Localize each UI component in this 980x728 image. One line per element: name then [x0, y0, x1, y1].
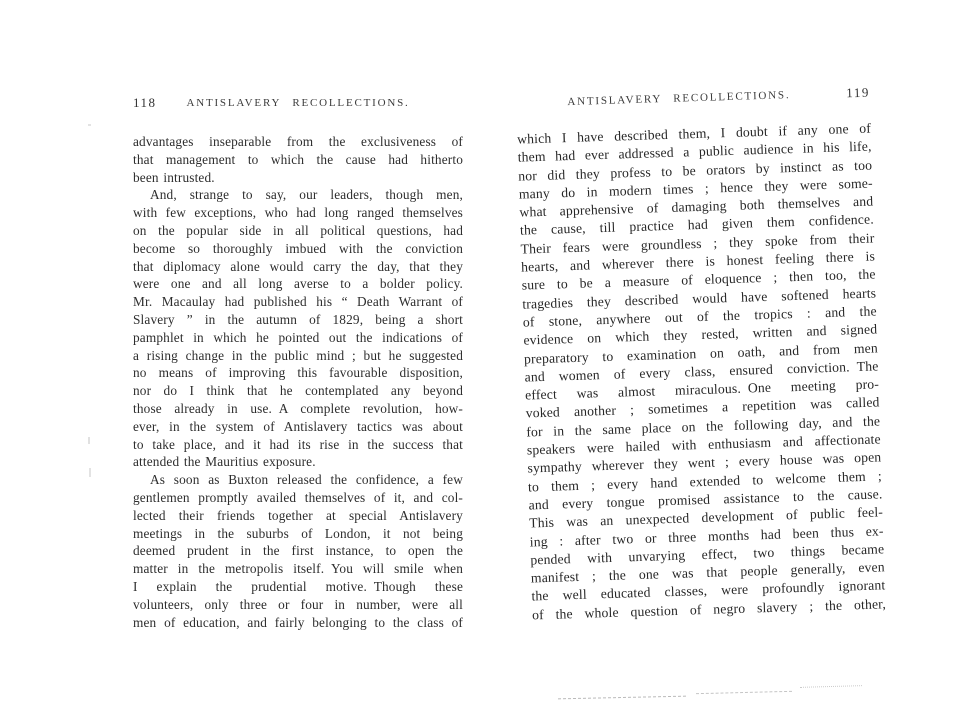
- scan-artifact-dashes: [696, 691, 792, 694]
- scan-artifact-speck: [88, 437, 90, 444]
- text-line: lected their friends together at special…: [133, 507, 463, 525]
- text-line: nor do I think that he contemplated any …: [133, 382, 463, 400]
- page-119: ANTISLAVERY RECOLLECTIONS. 119 which I h…: [516, 87, 886, 625]
- page-number-right: 119: [846, 85, 870, 102]
- text-line: I explain the prudential motive. Though …: [133, 578, 463, 596]
- text-line: become so thoroughly imbued with the con…: [133, 240, 463, 258]
- text-line: volunteers, only three or four in number…: [133, 596, 463, 614]
- text-line: were one and all long averse to a bolder…: [133, 275, 463, 293]
- paragraph: which I have described them, I doubt if …: [517, 120, 886, 625]
- paragraph: advantages inseparable from the exclusiv…: [133, 133, 463, 186]
- text-line: been intrusted.: [133, 169, 463, 187]
- text-line: meetings in the suburbs of London, it no…: [133, 525, 463, 543]
- text-line: that management to which the cause had h…: [133, 151, 463, 169]
- text-line: to take place, and it had its rise in th…: [133, 436, 463, 454]
- text-line: that diplomacy alone would carry the day…: [133, 258, 463, 276]
- page-body-left: advantages inseparable from the exclusiv…: [133, 133, 463, 631]
- page-header-left: 118 ANTISLAVERY RECOLLECTIONS.: [133, 97, 463, 112]
- text-line: those already in use. A complete revolut…: [133, 400, 463, 418]
- book-spread: 118 ANTISLAVERY RECOLLECTIONS. advantage…: [0, 0, 980, 728]
- text-line: attended the Mauritius exposure.: [133, 453, 463, 471]
- text-line: As soon as Buxton released the confidenc…: [133, 471, 463, 489]
- scan-artifact-speck: [89, 468, 91, 477]
- text-line: gentlemen promptly availed themselves of…: [133, 489, 463, 507]
- text-line: with few exceptions, who had long ranged…: [133, 204, 463, 222]
- text-line: a rising change in the public mind ; but…: [133, 347, 463, 365]
- text-line: pamphlet in which he pointed out the ind…: [133, 329, 463, 347]
- text-line: And, strange to say, our leaders, though…: [133, 186, 463, 204]
- paragraph: And, strange to say, our leaders, though…: [133, 186, 463, 471]
- page-number-left: 118: [133, 95, 157, 111]
- running-title-left: ANTISLAVERY RECOLLECTIONS.: [133, 97, 463, 109]
- text-line: Mr. Macaulay had published his “ Death W…: [133, 293, 463, 311]
- text-line: Slavery ” in the autumn of 1829, being a…: [133, 311, 463, 329]
- page-body-right: which I have described them, I doubt if …: [517, 120, 886, 625]
- text-line: deemed prudent in the first instance, to…: [133, 542, 463, 560]
- text-line: ever, in the system of Antislavery tacti…: [133, 418, 463, 436]
- text-line: no means of improving this favourable di…: [133, 364, 463, 382]
- text-line: advantages inseparable from the exclusiv…: [133, 133, 463, 151]
- paragraph: As soon as Buxton released the confidenc…: [133, 471, 463, 631]
- running-title-right: ANTISLAVERY RECOLLECTIONS.: [502, 87, 856, 110]
- text-line: men of education, and fairly belonging t…: [133, 614, 463, 632]
- scan-artifact-dashes: [558, 696, 686, 700]
- page-header-right: ANTISLAVERY RECOLLECTIONS. 119: [516, 87, 870, 113]
- text-line: on the popular side in all political que…: [133, 222, 463, 240]
- scan-artifact-speck: [88, 124, 91, 126]
- scan-artifact-dashes: [800, 685, 862, 688]
- page-118: 118 ANTISLAVERY RECOLLECTIONS. advantage…: [133, 97, 463, 631]
- text-line: matter in the metropolis itself. You wil…: [133, 560, 463, 578]
